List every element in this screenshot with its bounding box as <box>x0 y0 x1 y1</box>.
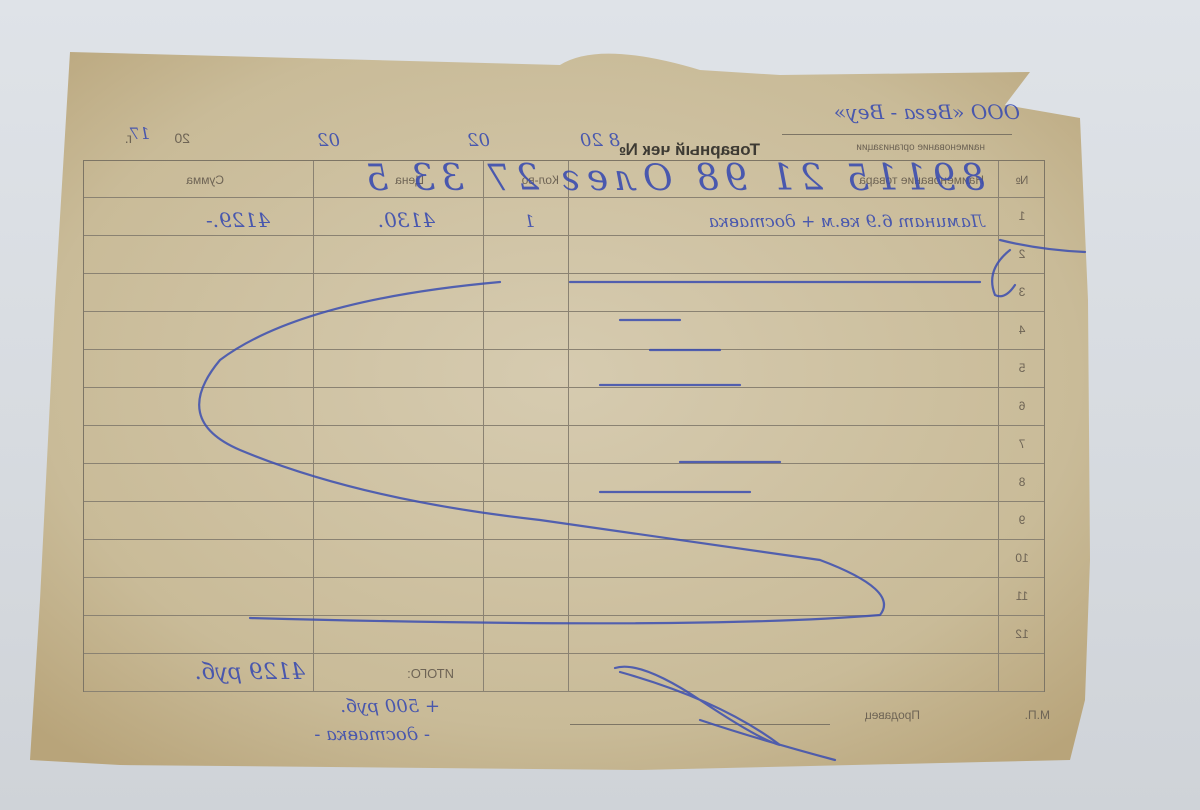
pen-strokes <box>0 0 1200 810</box>
signature <box>615 667 835 760</box>
row-marks <box>600 320 780 492</box>
bracket-mark <box>992 240 1085 296</box>
strike-through-loop <box>199 282 884 623</box>
